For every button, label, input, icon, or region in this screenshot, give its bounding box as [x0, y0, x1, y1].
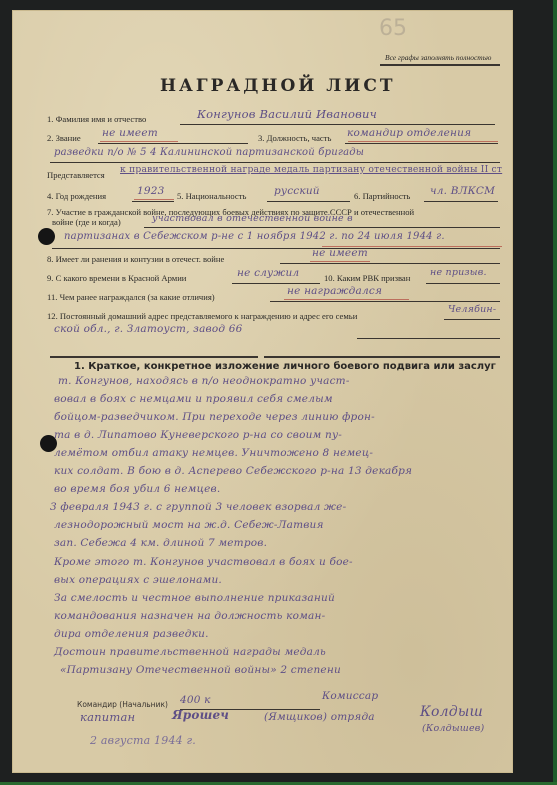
feat-line: Кроме этого т. Конгунов участвовал в боя… — [54, 556, 353, 568]
field-10-label: 10. Каким РВК призван — [324, 273, 410, 283]
feat-line: Достоин правительственной награды медаль — [54, 646, 326, 658]
separator-right — [264, 356, 500, 358]
field-5-value: русский — [274, 185, 320, 197]
field-12-value: Челябин- — [448, 304, 496, 315]
commander-rank: капитан — [80, 710, 135, 724]
field-7-value-line2: партизанах в Себежском р-не с 1 ноября 1… — [64, 231, 445, 242]
feat-heading: 1. Краткое, конкретное изложение личного… — [74, 361, 496, 372]
presented-label: Представляется — [47, 170, 105, 180]
field-9-line — [232, 283, 320, 284]
field-8-label: 8. Имеет ли ранения и контузии в отечест… — [47, 254, 224, 264]
feat-line: та в д. Липатово Куневерского р-на со св… — [54, 429, 342, 441]
document-title: НАГРАДНОЙ ЛИСТ — [160, 76, 396, 96]
field-4-label: 4. Год рождения — [47, 191, 106, 201]
commissar-name: (Колдышев) — [422, 723, 484, 734]
field-4-line — [132, 201, 174, 202]
note-underline — [380, 64, 500, 66]
field-2-red-mark — [100, 141, 178, 142]
feat-line: вовал в боях с немцами и проявил себя см… — [54, 393, 333, 405]
feat-line: во время боя убил 6 немцев. — [54, 483, 220, 495]
field-3-red-mark — [348, 141, 498, 142]
scan-edge-right — [553, 0, 557, 785]
commissar-hand-label: Комиссар — [322, 690, 378, 702]
document-page: 65 Все графы заполнять полностью НАГРАДН… — [12, 10, 513, 773]
field-3-value-continued: разведки п/о № 5 4 Калининской партизанс… — [54, 147, 364, 158]
feat-line: бойцом-разведчиком. При переходе через л… — [54, 411, 375, 423]
fill-all-fields-note: Все графы заполнять полностью — [385, 53, 491, 62]
feat-line: «Партизану Отечественной войны» 2 степен… — [60, 664, 341, 676]
field-11-label: 11. Чем ранее награждался (за какие отли… — [47, 292, 215, 302]
field-7-line-1 — [144, 227, 500, 228]
commander-signature: Ярошеч — [172, 708, 229, 722]
field-3-line-2 — [50, 162, 500, 163]
field-10-value: не призыв. — [430, 267, 487, 278]
field-3-line — [345, 143, 498, 144]
feat-line: За смелость и честное выполнение приказа… — [54, 592, 335, 604]
field-12-value-continued: ской обл., г. Златоуст, завод 66 — [54, 323, 243, 335]
field-10-line — [426, 283, 500, 284]
punch-hole — [40, 435, 57, 452]
presented-value: к правительственной награде медаль парти… — [120, 164, 502, 175]
feat-line: зап. Себежа 4 км. длиной 7 метров. — [54, 537, 267, 549]
commander-label: Командир (Начальник) — [77, 700, 168, 709]
feat-line: т. Конгунов, находясь в п/о неоднократно… — [58, 375, 350, 387]
commander-hand-note: 400 к — [180, 694, 211, 706]
feat-line: дира отделения разведки. — [54, 628, 209, 640]
field-2-label: 2. Звание — [47, 133, 81, 143]
field-1-value: Конгунов Василий Иванович — [197, 107, 377, 121]
feat-line: лезнодорожный мост на ж.д. Себеж-Латвия — [54, 519, 324, 531]
field-12-label: 12. Постоянный домашний адрес представля… — [47, 311, 357, 321]
field-11-red-mark — [284, 299, 409, 300]
document-date: 2 августа 1944 г. — [90, 734, 196, 747]
punch-hole — [38, 228, 55, 245]
feat-line: ких солдат. В бою в д. Асперево Себежско… — [54, 465, 412, 477]
field-7-value-line1: участвовал в отечественной войне в — [152, 213, 353, 224]
field-3-value: командир отделения — [347, 127, 471, 139]
archive-page-number: 65 — [379, 16, 407, 41]
field-1-label: 1. Фамилия имя и отчество — [47, 114, 146, 124]
field-6-label: 6. Партийность — [354, 191, 410, 201]
field-4-red-mark — [134, 199, 174, 200]
feat-line: лемётом отбил атаку немцев. Уничтожено 8… — [54, 447, 373, 459]
feat-line: 3 февраля 1943 г. с группой 3 человек вз… — [50, 501, 346, 513]
field-2-line — [98, 143, 248, 144]
field-5-label: 5. Национальность — [177, 191, 246, 201]
commissar-signature: Колдыш — [420, 704, 483, 720]
field-5-line — [267, 201, 350, 202]
field-2-value: не имеет — [102, 127, 158, 139]
field-8-line — [280, 263, 500, 264]
field-11-value: не награждался — [287, 285, 382, 297]
field-6-line — [424, 201, 498, 202]
feat-line: вых операциях с эшелонами. — [54, 574, 222, 586]
field-11-line — [270, 301, 500, 302]
field-6-value: чл. ВЛКСМ — [430, 185, 495, 197]
field-8-red-mark — [310, 261, 370, 262]
field-4-value: 1923 — [137, 185, 165, 197]
field-7-line-2 — [52, 248, 500, 249]
separator-left — [50, 356, 258, 358]
unit-name: (Ямщиков) отряда — [264, 711, 375, 723]
field-7-label-line2: войне (где и когда) — [52, 217, 121, 227]
field-12-line-2 — [357, 338, 500, 339]
field-1-line — [180, 124, 495, 125]
field-9-label: 9. С какого времени в Красной Армии — [47, 273, 186, 283]
field-3-label: 3. Должность, часть — [258, 133, 331, 143]
field-9-value: не служил — [237, 267, 299, 279]
feat-line: командования назначен на должность коман… — [54, 610, 325, 622]
field-12-line-1 — [444, 319, 500, 320]
field-8-value: не имеет — [312, 247, 368, 259]
